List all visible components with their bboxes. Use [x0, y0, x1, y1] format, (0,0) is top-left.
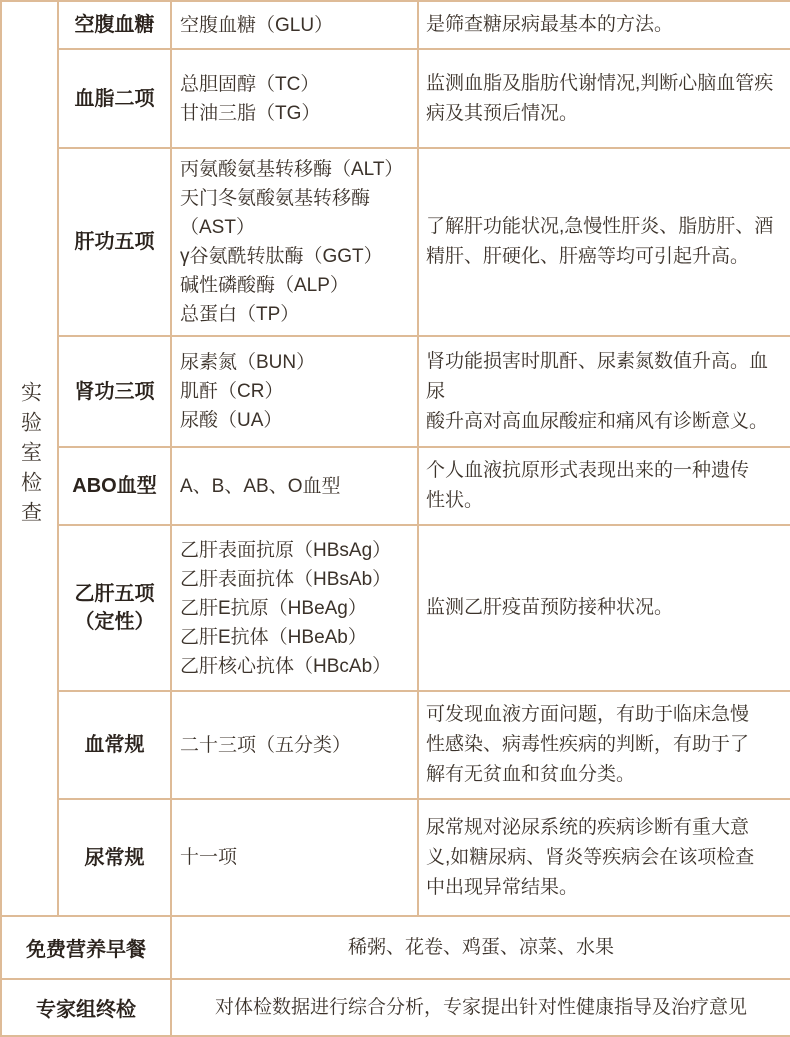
table-row: 免费营养早餐 稀粥、花卷、鸡蛋、凉菜、水果 [1, 916, 790, 979]
footer-label-expert-final-review: 专家组终检 [1, 979, 171, 1036]
category-cell-blood-routine: 血常规 [58, 691, 171, 799]
table-row: 实验室检查 空腹血糖 空腹血糖（GLU） 是筛查糖尿病最基本的方法。 [1, 1, 790, 49]
table-row: ABO血型 A、B、AB、O血型 个人血液抗原形式表现出来的一种遗传 性状。 [1, 447, 790, 525]
footer-content-expert-final-review: 对体检数据进行综合分析，专家提出针对性健康指导及治疗意见 [171, 979, 790, 1036]
category-cell-urine-routine: 尿常规 [58, 799, 171, 916]
items-cell-hepatitis-b-panel: 乙肝表面抗原（HBsAg） 乙肝表面抗体（HBsAb） 乙肝E抗原（HBeAg）… [171, 525, 418, 691]
items-cell-fasting-glucose: 空腹血糖（GLU） [171, 1, 418, 49]
footer-content-free-breakfast: 稀粥、花卷、鸡蛋、凉菜、水果 [171, 916, 790, 979]
category-cell-hepatitis-b-panel: 乙肝五项 （定性） [58, 525, 171, 691]
items-cell-blood-routine: 二十三项（五分类） [171, 691, 418, 799]
items-cell-urine-routine: 十一项 [171, 799, 418, 916]
category-cell-fasting-glucose: 空腹血糖 [58, 1, 171, 49]
description-cell-abo-blood-type: 个人血液抗原形式表现出来的一种遗传 性状。 [418, 447, 790, 525]
table-row: 肝功五项 丙氨酸氨基转移酶（ALT） 天门冬氨酸氨基转移酶（AST） γ谷氨酰转… [1, 148, 790, 336]
category-cell-abo-blood-type: ABO血型 [58, 447, 171, 525]
table-row: 尿常规 十一项 尿常规对泌尿系统的疾病诊断有重大意 义,如糖尿病、肾炎等疾病会在… [1, 799, 790, 916]
lab-section-side-cell: 实验室检查 [1, 1, 58, 916]
description-cell-blood-routine: 可发现血液方面问题，有助于临床急慢 性感染、病毒性疾病的判断，有助于了 解有无贫… [418, 691, 790, 799]
table-row: 血脂二项 总胆固醇（TC） 甘油三脂（TG） 监测血脂及脂肪代谢情况,判断心脑血… [1, 49, 790, 148]
footer-label-free-breakfast: 免费营养早餐 [1, 916, 171, 979]
category-cell-kidney-function: 肾功三项 [58, 336, 171, 447]
items-cell-abo-blood-type: A、B、AB、O血型 [171, 447, 418, 525]
description-cell-fasting-glucose: 是筛查糖尿病最基本的方法。 [418, 1, 790, 49]
description-cell-blood-lipids: 监测血脂及脂肪代谢情况,判断心脑血管疾 病及其预后情况。 [418, 49, 790, 148]
category-cell-liver-function: 肝功五项 [58, 148, 171, 336]
items-cell-liver-function: 丙氨酸氨基转移酶（ALT） 天门冬氨酸氨基转移酶（AST） γ谷氨酰转肽酶（GG… [171, 148, 418, 336]
lab-section-vertical-label: 实验室检查 [15, 381, 45, 531]
health-exam-table: 实验室检查 空腹血糖 空腹血糖（GLU） 是筛查糖尿病最基本的方法。 血脂二项 … [0, 0, 790, 1037]
description-cell-hepatitis-b-panel: 监测乙肝疫苗预防接种状况。 [418, 525, 790, 691]
description-cell-liver-function: 了解肝功能状况,急慢性肝炎、脂肪肝、酒 精肝、肝硬化、肝癌等均可引起升高。 [418, 148, 790, 336]
table-row: 肾功三项 尿素氮（BUN） 肌酐（CR） 尿酸（UA） 肾功能损害时肌酐、尿素氮… [1, 336, 790, 447]
table-row: 血常规 二十三项（五分类） 可发现血液方面问题，有助于临床急慢 性感染、病毒性疾… [1, 691, 790, 799]
table-row: 乙肝五项 （定性） 乙肝表面抗原（HBsAg） 乙肝表面抗体（HBsAb） 乙肝… [1, 525, 790, 691]
category-cell-blood-lipids: 血脂二项 [58, 49, 171, 148]
items-cell-blood-lipids: 总胆固醇（TC） 甘油三脂（TG） [171, 49, 418, 148]
description-cell-kidney-function: 肾功能损害时肌酐、尿素氮数值升高。血尿 酸升高对高血尿酸症和痛风有诊断意义。 [418, 336, 790, 447]
table-row: 专家组终检 对体检数据进行综合分析，专家提出针对性健康指导及治疗意见 [1, 979, 790, 1036]
description-cell-urine-routine: 尿常规对泌尿系统的疾病诊断有重大意 义,如糖尿病、肾炎等疾病会在该项检查 中出现… [418, 799, 790, 916]
items-cell-kidney-function: 尿素氮（BUN） 肌酐（CR） 尿酸（UA） [171, 336, 418, 447]
